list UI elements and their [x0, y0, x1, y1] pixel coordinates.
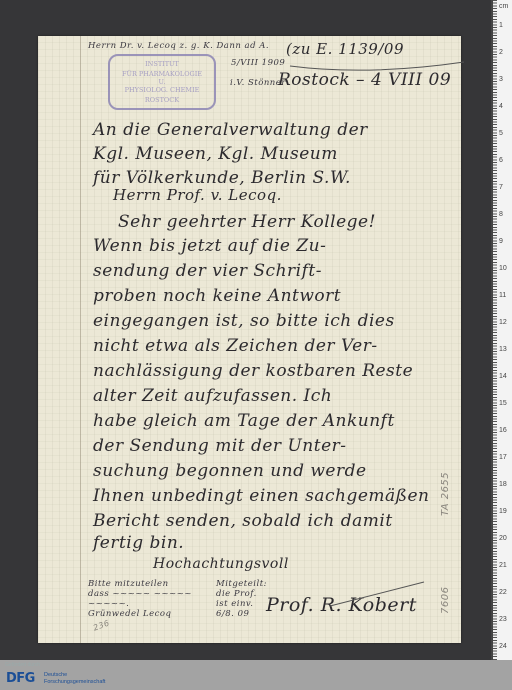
- body-line: sendung der vier Schrift-: [93, 261, 322, 281]
- dfg-name: Deutsche Forschungsgemeinschaft: [44, 672, 105, 686]
- body-line: An die Generalverwaltung der: [93, 120, 368, 140]
- ruler-unit: cm: [499, 3, 508, 11]
- margin-note-left: Bitte mitzuteilen dass ~~~~~ ~~~~~ ~~~~~…: [88, 579, 192, 619]
- place-date: Rostock – 4 VIII 09: [278, 70, 451, 90]
- reference-number: (zu E. 1139/09: [286, 40, 404, 58]
- body-line: der Sendung mit der Unter-: [93, 436, 347, 456]
- margin-note-center: Mitgeteilt: die Prof. ist einv. 6/8. 09: [216, 579, 267, 619]
- letter-page: Herrn Dr. v. Lecoq z. g. K. Dann ad A. (…: [38, 36, 461, 643]
- body-line: alter Zeit aufzufassen. Ich: [93, 386, 332, 406]
- pencil-inventory-2: 7606: [440, 587, 451, 614]
- body-line: Kgl. Museen, Kgl. Museum: [93, 144, 338, 164]
- body-line: Wenn bis jetzt auf die Zu-: [93, 236, 326, 256]
- body-line: für Völkerkunde, Berlin S.W.: [93, 168, 351, 188]
- body-line: Ihnen unbedingt einen sachgemäßen: [93, 486, 430, 506]
- date-received: 5/VIII 1909: [231, 58, 285, 68]
- cm-ruler: cm 1 2 3 4 5 6 7 8 9 10 11 12 13 14 15 1…: [491, 0, 512, 660]
- pencil-number: 236: [92, 618, 111, 632]
- body-line: Herrn Prof. v. Lecoq.: [113, 186, 282, 204]
- body-line: habe gleich am Tage der Ankunft: [93, 411, 395, 431]
- dfg-mark-icon: DFG: [6, 671, 35, 686]
- signature-flourish-icon: [328, 580, 428, 610]
- salutation: Sehr geehrter Herr Kollege!: [118, 212, 376, 232]
- body-line: proben noch keine Antwort: [93, 286, 341, 306]
- funded-by-label: Gefördert durch: [5, 662, 40, 668]
- body-line: Bericht senden, sobald ich damit: [93, 511, 393, 531]
- pencil-inventory: TA 2655: [440, 472, 451, 516]
- institute-stamp: INSTITUT FÜR PHARMAKOLOGIE U. PHYSIOLOG.…: [108, 54, 216, 110]
- dfg-logo: Gefördert durch DFG Deutsche Forschungsg…: [0, 660, 512, 690]
- closing: Hochachtungsvoll: [153, 556, 289, 572]
- body-line: eingegangen ist, so bitte ich dies: [93, 311, 395, 331]
- body-line: suchung begonnen und werde: [93, 461, 367, 481]
- body-line: nicht etwa als Zeichen der Ver-: [93, 336, 378, 356]
- document-viewer: Herrn Dr. v. Lecoq z. g. K. Dann ad A. (…: [0, 0, 512, 660]
- header-annotation: Herrn Dr. v. Lecoq z. g. K. Dann ad A.: [88, 41, 269, 51]
- body-line: fertig bin.: [93, 533, 184, 553]
- body-line: nachlässigung der kostbaren Reste: [93, 361, 413, 381]
